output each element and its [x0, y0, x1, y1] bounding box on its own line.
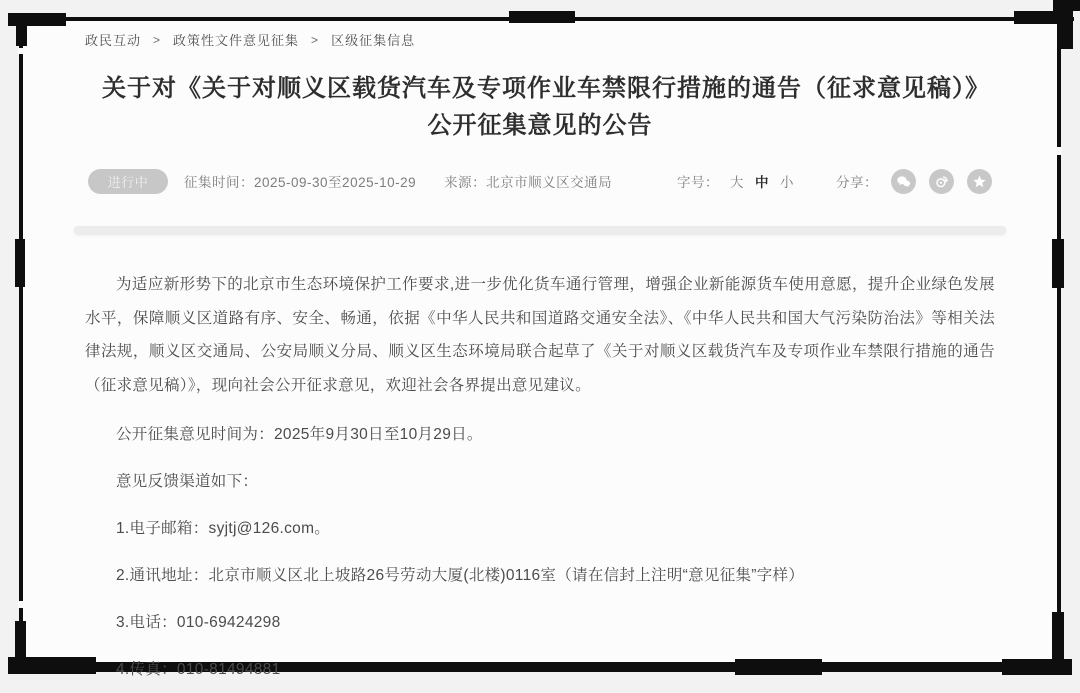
- status-badge: 进行中: [88, 169, 168, 194]
- feedback-channels-line: 意见反馈渠道如下：: [85, 465, 995, 498]
- source-value: 北京市顺义区交通局: [486, 175, 612, 190]
- wechat-icon: [896, 175, 911, 188]
- font-size-small-button[interactable]: 小: [780, 171, 794, 191]
- share-qzone-button[interactable]: [967, 169, 992, 194]
- mail-address-line: 2.通讯地址：北京市顺义区北上坡路26号劳动大厦(北楼)0116室（请在信封上注…: [85, 559, 995, 592]
- frame-corner-tl: [16, 13, 27, 46]
- section-divider: [74, 226, 1006, 235]
- body-paragraph: 为适应新形势下的北京市生态环境保护工作要求,进一步优化货车通行管理，增强企业新能…: [85, 268, 995, 402]
- frame-corner-br: [1052, 612, 1064, 667]
- meta-bar: 进行中 征集时间：2025-09-30至2025-10-29 来源：北京市顺义区…: [88, 168, 992, 194]
- page-title: 关于对《关于对顺义区载货汽车及专项作业车禁限行措施的通告（征求意见稿）》公开征集…: [100, 70, 980, 144]
- share-wechat-button[interactable]: [891, 169, 916, 194]
- font-size-label: 字号：: [677, 171, 719, 191]
- frame-gap: [18, 601, 24, 608]
- frame-mark-top-mid: [509, 11, 575, 23]
- frame-line-left: [19, 17, 23, 648]
- breadcrumb-item-zhengmin-hudong[interactable]: 政民互动: [85, 30, 141, 49]
- frame-mark-left-mid: [15, 239, 25, 287]
- collection-time-label: 征集时间：: [184, 175, 254, 190]
- frame-gap: [1056, 147, 1062, 155]
- frame-corner-tr: [1053, 0, 1080, 11]
- collection-time: 征集时间：2025-09-30至2025-10-29: [184, 171, 416, 191]
- qzone-star-icon: [972, 174, 987, 189]
- frame-corner-bl: [8, 657, 96, 674]
- font-size-control: 字号： 大 中 小: [677, 171, 794, 191]
- collection-time-value: 2025-09-30至2025-10-29: [254, 175, 416, 190]
- notice-page: 政民互动 > 政策性文件意见征集 > 区级征集信息 关于对《关于对顺义区载货汽车…: [0, 0, 1080, 693]
- source-label: 来源：: [444, 175, 486, 190]
- email-line: 1.电子邮箱：syjtj@126.com。: [85, 512, 995, 545]
- weibo-icon: [934, 174, 949, 189]
- font-size-medium-button[interactable]: 中: [755, 171, 769, 191]
- breadcrumb-item-district-info[interactable]: 区级征集信息: [331, 30, 415, 49]
- breadcrumb: 政民互动 > 政策性文件意见征集 > 区级征集信息: [85, 30, 415, 49]
- collection-period-line: 公开征集意见时间为：2025年9月30日至10月29日。: [85, 418, 995, 451]
- frame-mark-right-mid: [1052, 239, 1064, 288]
- fax-line: 4.传真：010-81494881: [85, 653, 995, 686]
- breadcrumb-item-policy-solicitation[interactable]: 政策性文件意见征集: [173, 30, 299, 49]
- frame-corner-tr: [1060, 11, 1073, 49]
- share-weibo-button[interactable]: [929, 169, 954, 194]
- source: 来源：北京市顺义区交通局: [444, 171, 612, 191]
- frame-line-right: [1057, 17, 1061, 662]
- breadcrumb-separator-icon: >: [153, 33, 161, 47]
- share-label: 分享：: [836, 171, 878, 191]
- font-size-large-button[interactable]: 大: [730, 171, 744, 191]
- notice-body: 为适应新形势下的北京市生态环境保护工作要求,进一步优化货车通行管理，增强企业新能…: [85, 268, 995, 693]
- phone-line: 3.电话：010-69424298: [85, 606, 995, 639]
- frame-gap: [18, 48, 24, 54]
- breadcrumb-separator-icon: >: [311, 33, 319, 47]
